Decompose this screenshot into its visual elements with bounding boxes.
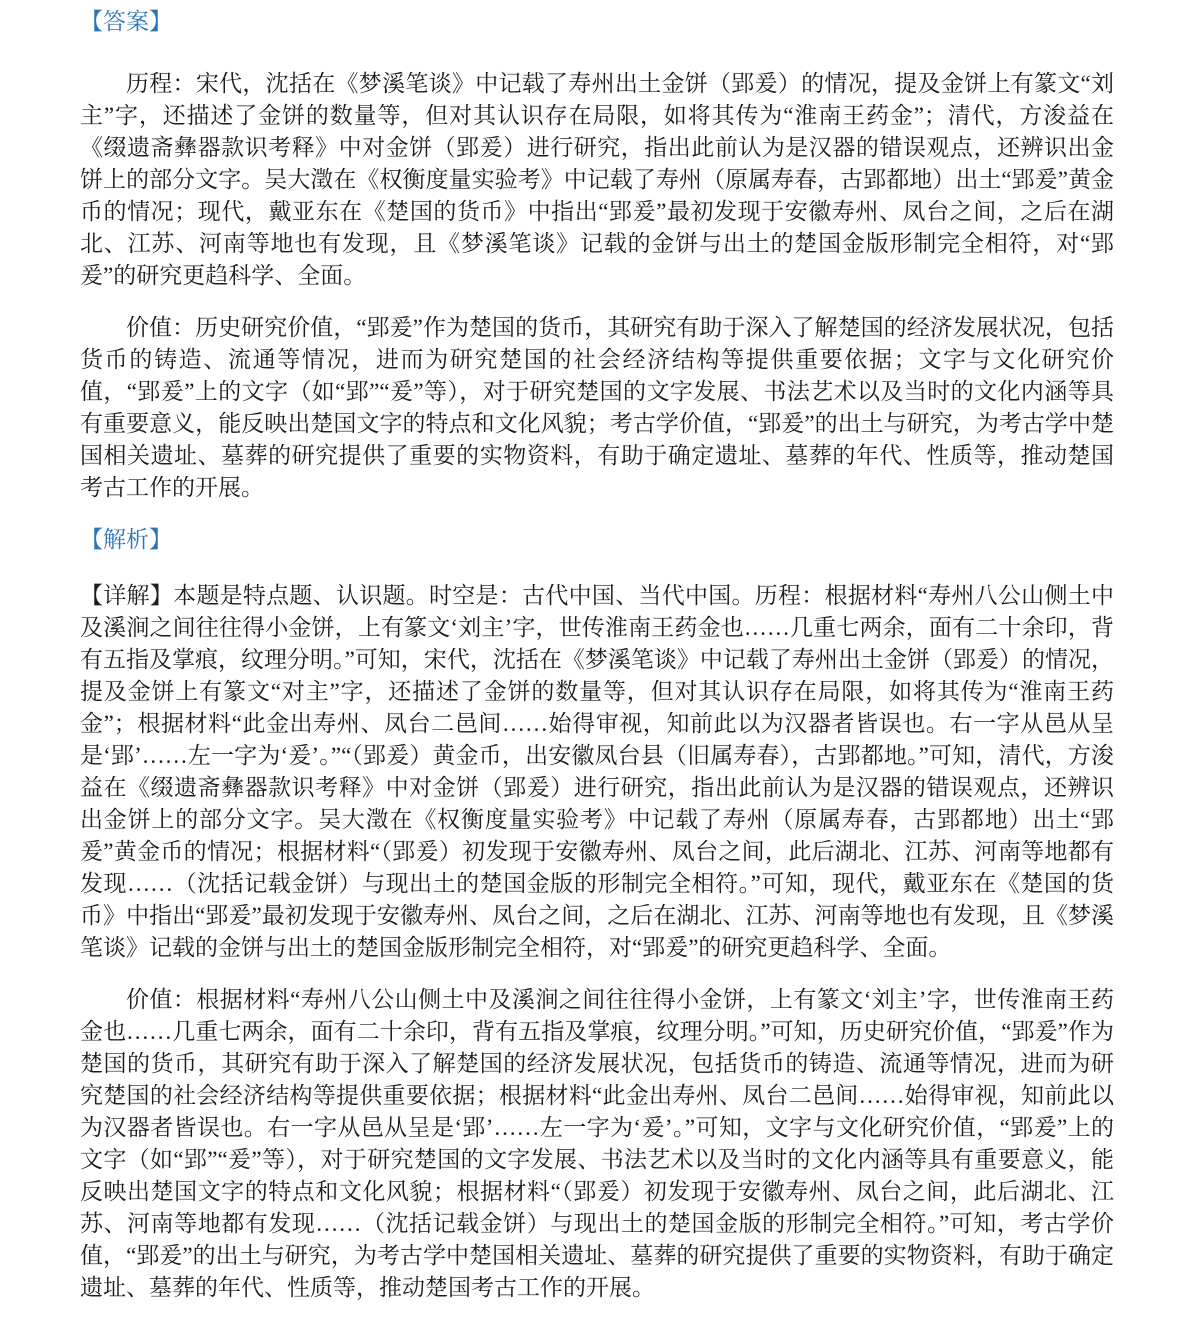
answer-paragraph-history: 历程：宋代，沈括在《梦溪笔谈》中记载了寿州出土金饼（郢爰）的情况，提及金饼上有篆… <box>80 68 1114 292</box>
analysis-paragraph-value: 价值：根据材料“寿州八公山侧土中及溪涧之间往往得小金饼，上有篆文‘刘主’字，世传… <box>80 984 1114 1304</box>
document-page: 【答案】 历程：宋代，沈括在《梦溪笔谈》中记载了寿州出土金饼（郢爰）的情况，提及… <box>0 0 1190 1304</box>
analysis-paragraph-detail: 【详解】本题是特点题、认识题。时空是：古代中国、当代中国。历程：根据材料“寿州八… <box>80 580 1114 964</box>
answer-paragraph-value: 价值：历史研究价值，“郢爰”作为楚国的货币，其研究有助于深入了解楚国的经济发展状… <box>80 312 1114 504</box>
analysis-section-heading: 【解析】 <box>80 524 1114 556</box>
answer-section-heading: 【答案】 <box>80 6 1114 38</box>
